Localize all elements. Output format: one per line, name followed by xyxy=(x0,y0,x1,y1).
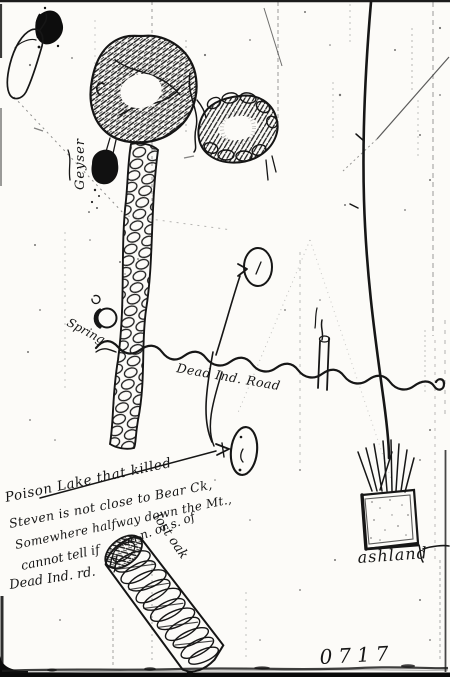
note-line-5: Dead Ind. rd. xyxy=(7,565,96,594)
cloud-ring-sketch xyxy=(189,73,279,180)
tree-trunk-sketch xyxy=(110,143,158,449)
scan-artifact-diagonals xyxy=(14,8,449,482)
road-name-label: Dead Ind. Road xyxy=(174,360,281,393)
spring-circle-sketch: Spring xyxy=(65,295,117,347)
tree-vertical-label: Geyser xyxy=(73,138,88,190)
long-road-line xyxy=(350,2,389,458)
handwritten-note: Poison Lake that killed Steven is not cl… xyxy=(3,455,233,593)
wavy-road-sketch: Dead Ind. Road xyxy=(96,341,444,393)
sketch-canvas: Geyser Spring xyxy=(0,0,450,677)
arrow-to-circle-sketch xyxy=(206,248,272,446)
marked-oval-sketch xyxy=(229,426,260,476)
ashland-label: ashland xyxy=(357,543,428,567)
page-number: 0717 xyxy=(319,641,395,669)
tree-crown-sketch xyxy=(91,36,206,158)
tree-vertical-label-group: Geyser xyxy=(68,138,88,190)
grass-tuft-sketch xyxy=(358,440,414,492)
log-sketch xyxy=(95,528,229,677)
scanned-sketch-page: Geyser Spring xyxy=(0,0,450,677)
ink-blob-sketch xyxy=(35,7,63,49)
